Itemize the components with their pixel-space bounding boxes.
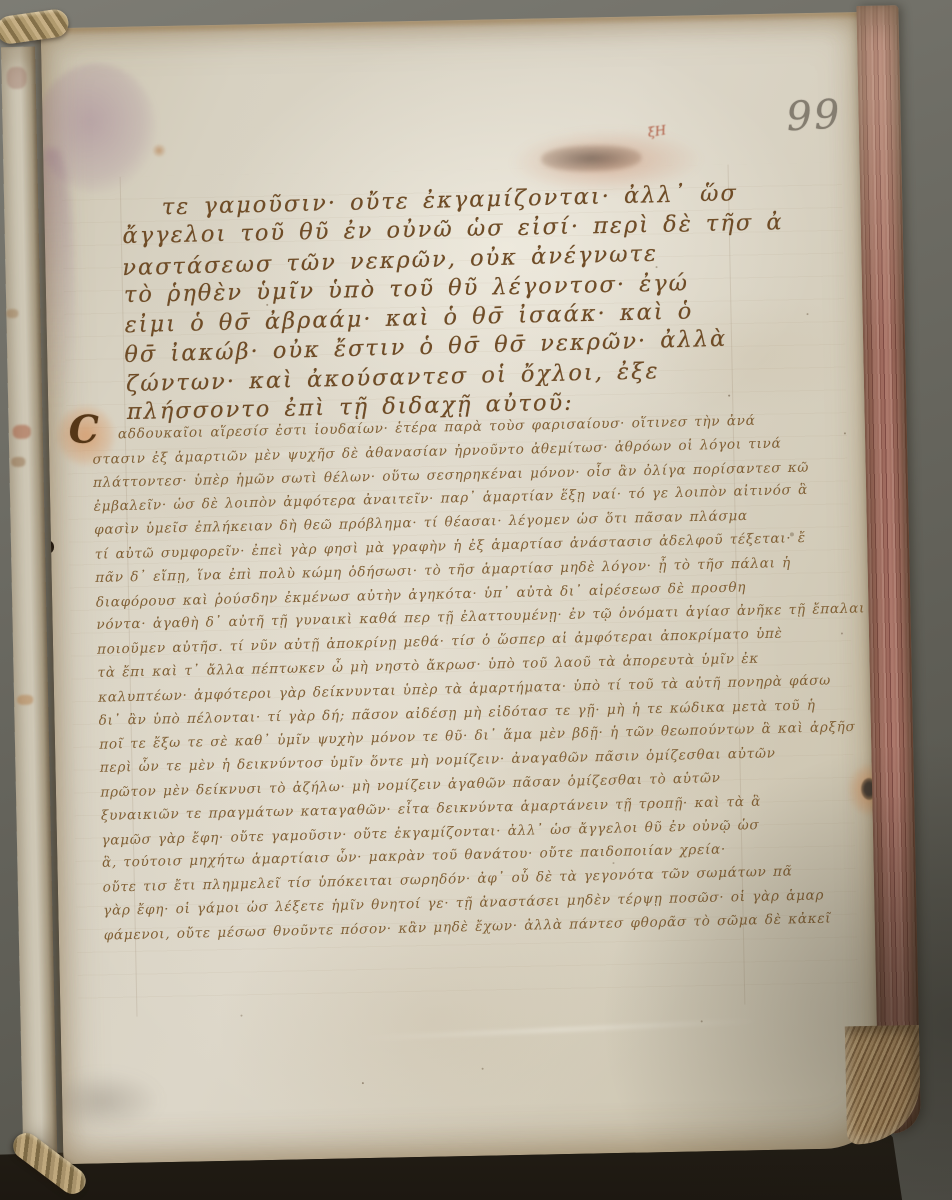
showthrough-mark [13,425,31,439]
burn-spot-halo [848,763,890,816]
initial-letter-halo [56,405,115,466]
leaf-edges-stack [856,5,921,1134]
commentary-line: νόντα· ἀγαθὴ δ᾽ αὐτῆ τῇ γυναικὶ καθά περ… [96,598,856,638]
page-top-edge [41,12,867,37]
foxing-speckles [41,28,43,30]
purple-stain-streak [41,148,77,409]
gospel-line: θσ̄ ἰακώβ· οὐκ ἔστιν ὁ θσ̄ θσ̄ νεκρῶν· ἀ… [124,325,725,371]
commentary-line: ποῖ τε ἔξω τε σὲ καθ᾽ ὑμῖν ψυχὴν μόνον τ… [99,716,859,758]
gutter-crease [31,32,80,1158]
commentary-line: οὔτε τισ ἔτι πλημμελεῖ τίσ ὑπόκειται σωρ… [102,859,862,901]
purple-stain [41,62,158,194]
gospel-line: τε γαμοῦσιν· οὔτε ἐκγαμίζονται· ἀλλ᾽ ὥσ [161,179,762,223]
commentary-line: αδδουκαῖοι αἵρεσίσ ἐστι ἰουδαίων· ἑτέρα … [92,408,852,448]
commentary-line: γὰρ ἔφη· οἱ γάμοι ὡσ λέξετε ἡμῖν θνητοί … [103,883,863,923]
gospel-line: τὸ ῥηθὲν ὑμῖν ὑπὸ τοῦ θῦ λέγοντοσ· ἐγώ [124,268,724,310]
showthrough-mark [6,67,26,89]
showthrough-mark [6,309,18,318]
red-ink-marginal-marks: ξΗ [647,122,677,156]
commentary-line: φάμενοι, οὔτε μέσωσ θνοῦντε πόσον· κἂν μ… [103,906,863,948]
showthrough-mark [11,457,25,467]
commentary-line: τί αὐτῶ συμφορεῖν· ἐπεὶ γὰρ φησὶ μὰ γραφ… [95,526,855,568]
gospel-line: ναστάσεωσ τῶν νεκρῶν, οὐκ ἀνέγνωτε [122,237,723,283]
folio-number: 99 [785,91,842,140]
commentary-line: καλυπτέων· ἀμφότεροι γὰρ δείκνυνται ὑπὲρ… [98,669,858,711]
commentary-line: ἐμβαλεῖν· ὡσ δὲ λοιπὸν ἀμφότερα ἀναιτεῖν… [93,478,853,520]
parchment-page: ξΗ 99 τε γαμοῦσιν· οὔτε ἐκγαμίζονται· ἀλ… [41,12,890,1164]
facing-page-sliver [1,47,57,1155]
commentary-line: φασὶν ὑμεῖσ ἐπλήκειαν δὴ θεῶ πρόβλημα· τ… [94,503,854,543]
book-bottom-shadow [0,1092,930,1200]
commentary-line: ποιοῦμεν αὐτῆσ. τί νῦν αὐτῇ ἀποκρίνῃ μεθ… [97,621,857,663]
initial-letter-wrap: C [62,409,119,468]
commentary-line: ξυναικιῶν τε πραγμάτων καταγαθῶν· εἶτα δ… [101,788,861,828]
showthrough-mark [17,695,33,705]
parchment-crease [79,449,379,463]
gospel-line: ἄγγελοι τοῦ θῦ ἐν οὐνῶ ὡσ εἰσί· περὶ δὲ … [122,210,722,252]
burn-spot-core [861,778,877,800]
leaf-edges-corner [845,1025,921,1144]
ink-blot-small [41,558,46,564]
gospel-line: ζώντων· καὶ ἀκούσαντεσ οἱ ὄχλοι, ἐξε [126,355,727,399]
commentary-line: πᾶν δ᾽ εἴπῃ, ἵνα ἐπὶ πολὺ κώμη ὁδήσωσι· … [95,550,855,590]
commentary-line: πρῶτον μὲν δείκνυσι τὸ ἀζήλω· μὴ νομίζει… [100,764,860,806]
parchment-crease [116,764,536,770]
rust-spot [151,144,167,157]
commentary-line: γαμῶσ γὰρ ἔφη· οὔτε γαμοῦσιν· οὔτε ἐκγαμ… [101,811,861,853]
commentary-line: πλάττοντεσ· ὑπὲρ ἡμῶν σωτὶ θέλων· οὕτω σ… [93,455,853,495]
tailband-braid [8,1128,91,1199]
commentary-line: περὶ ὧν τε μὲν ἡ δεικνύντοσ ὑμῖν ὅντε μὴ… [100,741,860,781]
photo-background: ξΗ 99 τε γαμοῦσιν· οὔτε ἐκγαμίζονται· ἀλ… [0,0,952,1200]
margin-rule-right [728,165,746,1005]
gospel-text-block: τε γαμοῦσιν· οὔτε ἐκγαμίζονται· ἀλλ᾽ ὥσ … [161,179,767,428]
initial-letter: C [68,409,99,450]
commentary-line: ἃ, τούτοισ μηχήτω ἁμαρτίαισ ὧν· μακρὰν τ… [102,836,862,876]
headband-braid [0,8,70,46]
parchment-crease [361,1019,761,1040]
margin-rule-left [120,177,138,1017]
red-smudge-core [541,144,642,172]
commentary-line: δι᾽ ἂν ὑπὸ πέλονται· τί γὰρ δή; πᾶσον αἰ… [98,693,858,733]
ink-blot [43,540,54,553]
codex-book: ξΗ 99 τε γαμοῦσιν· οὔτε ἐκγαμίζονται· ἀλ… [1,5,930,1175]
commentary-line: διαφόρουσ καὶ ῥούσδην ἐκμένωσ αὐτὴν ἀγηκ… [96,573,856,615]
commentary-line: τὰ ἔπι καὶ τ᾽ ἄλλα πέπτωκεν ὦ μὴ νηστὸ ἄ… [97,646,857,686]
gray-smudge [42,1070,163,1132]
gospel-line: πλήσσοντο ἐπὶ τῇ διδαχῇ αὐτοῦ: [127,386,727,428]
ruling-lines [62,162,859,1007]
commentary-line: στασιν ἐξ ἁμαρτιῶν μὲν ψυχῆσ δὲ ἀθανασία… [92,431,852,473]
red-smudge-halo [511,127,702,195]
gospel-line: εἰμι ὁ θσ̄ ἀβραάμ· καὶ ὁ θσ̄ ἰσαάκ· καὶ … [124,297,725,341]
commentary-text-block: αδδουκαῖοι αἵρεσίσ ἐστι ἰουδαίων· ἑτέρα … [92,407,864,948]
